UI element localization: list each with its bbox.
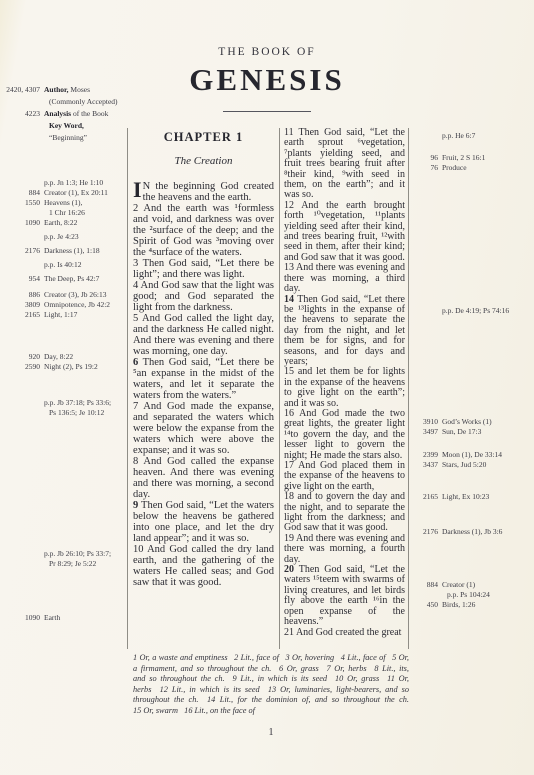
reference-number <box>412 306 442 316</box>
reference-row: 954 The Deep, Ps 42:7 <box>2 274 126 284</box>
reference-number: 2590 <box>2 362 44 372</box>
footnote-line: herbs 12 Lit., in which is its seed 13 O… <box>133 685 409 696</box>
reference-row: p.p. Jb 37:18; Ps 33:6; <box>2 398 126 408</box>
reference-text: Light, Ex 10:23 <box>442 492 489 502</box>
reference-number: 884 <box>412 580 442 590</box>
reference-row: 2420, 4307 Author, Moses <box>2 84 126 96</box>
verse: 5 And God called the light day, and the … <box>133 313 274 357</box>
reference-row: p.p. Je 4:23 <box>2 232 126 242</box>
verse-text: And the earth brought forth ¹⁰vegetation… <box>284 200 405 263</box>
verse-text: And God called the light day, and the da… <box>133 313 274 357</box>
reference-block: p.p. He 6:7 <box>412 131 534 141</box>
verse-text: And God saw that the light was good; and… <box>133 280 274 313</box>
reference-block: 920 Day, 8:22 2590 Night (2), Ps 19:2 <box>2 352 126 372</box>
reference-row: p.p. Jb 26:10; Ps 33:7; <box>2 549 126 559</box>
reference-row: 1 Chr 16:26 <box>2 208 126 218</box>
verse: 6 Then God said, “Let there be ⁵an expan… <box>133 357 274 401</box>
footnotes: 1 Or, a waste and emptiness 2 Lit., face… <box>133 653 409 717</box>
reference-number <box>2 178 44 188</box>
reference-row: p.p. Jn 1:3; He 1:10 <box>2 178 126 188</box>
reference-text: Creator (1), Ex 20:11 <box>44 188 108 198</box>
reference-block: p.p. Jn 1:3; He 1:10 884 Creator (1), Ex… <box>2 178 126 228</box>
verse: 19 And there was evening and there was m… <box>284 534 405 565</box>
reference-number <box>2 96 44 108</box>
reference-number: 2420, 4307 <box>2 84 44 96</box>
reference-number: 1090 <box>2 218 44 228</box>
reference-number <box>2 232 44 242</box>
reference-number: 884 <box>2 188 44 198</box>
verse-text: Then God said, “Let the earth sprout ⁶ve… <box>284 127 405 200</box>
verse: 12 And the earth brought forth ¹⁰vegetat… <box>284 201 405 263</box>
reference-text: Earth <box>44 613 60 623</box>
scanned-bible-page: THE BOOK OF GENESIS 2420, 4307 Author, M… <box>0 0 534 775</box>
reference-row: (Commonly Accepted) <box>2 96 126 108</box>
reference-row: 2399 Moon (1), De 33:14 <box>412 450 534 460</box>
reference-block: p.p. Jb 37:18; Ps 33:6; Ps 136:5; Je 10:… <box>2 398 126 418</box>
reference-text: Moon (1), De 33:14 <box>442 450 502 460</box>
reference-number: 886 <box>2 290 44 300</box>
reference-row: 1550 Heavens (1), <box>2 198 126 208</box>
reference-text: Creator (3), Jb 26:13 <box>44 290 107 300</box>
verse: 2 And the earth was ¹formless and void, … <box>133 203 274 258</box>
reference-text: (Commonly Accepted) <box>44 96 118 108</box>
verse-text: Then God said, “Let the waters ¹⁵teem wi… <box>284 564 405 627</box>
verse-text: And God called the dry land earth, and t… <box>133 544 274 588</box>
reference-block: 954 The Deep, Ps 42:7 <box>2 274 126 284</box>
verse-text: Then God said, “Let there be ¹³lights in… <box>284 294 405 367</box>
verse: 7 And God made the expanse, and separate… <box>133 401 274 456</box>
reference-row: p.p. De 4:19; Ps 74:16 <box>412 306 534 316</box>
verse-text: Then God said, “Let the waters below the… <box>133 500 274 544</box>
reference-row: 884 Creator (1), Ex 20:11 <box>2 188 126 198</box>
verse: 21 And God created the great <box>284 628 405 638</box>
reference-row: 3497 Sun, De 17:3 <box>412 427 534 437</box>
reference-number: 3809 <box>2 300 44 310</box>
verse-text: And God made the expanse, and separated … <box>133 401 274 456</box>
reference-text: Produce <box>442 163 467 173</box>
reference-number <box>2 208 44 218</box>
reference-number <box>412 590 442 600</box>
footnote-line: a firmament, and so throughout the ch. 6… <box>133 664 409 675</box>
footnote-line: 15 Or, swarm 16 Lit., on the face of <box>133 706 409 717</box>
reference-number: 3497 <box>412 427 442 437</box>
reference-text: 1 Chr 16:26 <box>44 208 85 218</box>
reference-block: p.p. De 4:19; Ps 74:16 <box>412 306 534 316</box>
reference-text: Day, 8:22 <box>44 352 73 362</box>
reference-row: 2165 Light, 1:17 <box>2 310 126 320</box>
column-rule-right <box>408 128 409 649</box>
reference-row: 2165 Light, Ex 10:23 <box>412 492 534 502</box>
verse-number: 20 <box>284 564 294 575</box>
reference-text: God’s Works (1) <box>442 417 492 427</box>
reference-number: 2176 <box>2 246 44 256</box>
reference-row: Key Word, <box>2 120 126 132</box>
verse: 10 And God called the dry land earth, an… <box>133 544 274 588</box>
reference-text: p.p. Jn 1:3; He 1:10 <box>44 178 103 188</box>
column-rule-left <box>127 128 128 649</box>
reference-text: Fruit, 2 S 16:1 <box>442 153 485 163</box>
reference-number <box>2 260 44 270</box>
reference-number: 1090 <box>2 613 44 623</box>
reference-row: 450 Birds, 1:26 <box>412 600 534 610</box>
verse-text: And God called the expanse heaven. And t… <box>133 456 274 500</box>
reference-number: 954 <box>2 274 44 284</box>
footnote-line: and so throughout the ch. 9 Lit., in whi… <box>133 674 409 685</box>
reference-row: 2176 Darkness (1), Jb 3:6 <box>412 527 534 537</box>
reference-number <box>2 132 44 144</box>
text-column-1: CHAPTER 1 The Creation IN the beginning … <box>133 128 274 588</box>
reference-row: p.p. Is 40:12 <box>2 260 126 270</box>
reference-number <box>2 559 44 569</box>
reference-text: “Beginning” <box>44 132 87 144</box>
verse-text: Then God said, “Let there be ⁵an expanse… <box>133 357 274 401</box>
reference-text: Sun, De 17:3 <box>442 427 481 437</box>
verse-text: And God placed them in the expanse of th… <box>284 460 405 492</box>
reference-row: “Beginning” <box>2 132 126 144</box>
reference-row: 2590 Night (2), Ps 19:2 <box>2 362 126 372</box>
reference-text: Light, 1:17 <box>44 310 77 320</box>
left-margin-references: 2420, 4307 Author, Moses (Commonly Accep… <box>2 0 126 660</box>
reference-text: p.p. De 4:19; Ps 74:16 <box>442 306 509 316</box>
column-rule-center <box>279 128 280 649</box>
reference-row: p.p. Ps 104:24 <box>412 590 534 600</box>
verse-number: 14 <box>284 294 294 305</box>
verse-number: 17 <box>284 460 294 471</box>
reference-number: 2165 <box>2 310 44 320</box>
verse: 14 Then God said, “Let there be ¹³lights… <box>284 295 405 368</box>
reference-text: Earth, 8:22 <box>44 218 77 228</box>
verse-text: And there was evening and there was morn… <box>284 262 405 294</box>
reference-block: p.p. Je 4:23 <box>2 232 126 242</box>
verse: 9 Then God said, “Let the waters below t… <box>133 500 274 544</box>
verse: IN the beginning God created the heavens… <box>133 181 274 203</box>
chapter-heading: CHAPTER 1 <box>133 132 274 143</box>
page-number: 1 <box>133 727 409 738</box>
reference-text: p.p. Je 4:23 <box>44 232 79 242</box>
verse: 16 And God made the two great lights, th… <box>284 409 405 461</box>
verses-col2: 11 Then God said, “Let the earth sprout … <box>284 128 405 638</box>
reference-number: 2165 <box>412 492 442 502</box>
reference-row: 2176 Darkness (1), 1:18 <box>2 246 126 256</box>
footnote-line: 1 Or, a waste and emptiness 2 Lit., face… <box>133 653 409 664</box>
reference-text: Darkness (1), 1:18 <box>44 246 100 256</box>
reference-block: 884 Creator (1) p.p. Ps 104:24 450 Birds… <box>412 580 534 610</box>
reference-text: Author, Moses <box>44 84 90 96</box>
reference-text: p.p. Jb 37:18; Ps 33:6; <box>44 398 111 408</box>
reference-row: p.p. He 6:7 <box>412 131 534 141</box>
reference-number: 96 <box>412 153 442 163</box>
reference-row: 920 Day, 8:22 <box>2 352 126 362</box>
reference-block: 886 Creator (3), Jb 26:13 3809 Omnipoten… <box>2 290 126 320</box>
reference-text: Key Word, <box>44 120 84 132</box>
verse-text: And God created the great <box>294 627 401 638</box>
verse: 11 Then God said, “Let the earth sprout … <box>284 128 405 201</box>
reference-row: 3809 Omnipotence, Jb 42:2 <box>2 300 126 310</box>
reference-text: p.p. Ps 104:24 <box>442 590 490 600</box>
footnote-line: throughout the ch. 14 Lit., for the domi… <box>133 695 409 706</box>
verses-col1: 2 And the earth was ¹formless and void, … <box>133 203 274 588</box>
reference-text: p.p. Is 40:12 <box>44 260 82 270</box>
reference-number: 3437 <box>412 460 442 470</box>
reference-text: p.p. Jb 26:10; Ps 33:7; <box>44 549 111 559</box>
right-margin-references: p.p. He 6:7 96 Fruit, 2 S 16:1 76 Produc… <box>412 0 534 660</box>
verse-text: the beginning God created the heavens an… <box>143 181 274 203</box>
reference-block: 2165 Light, Ex 10:23 <box>412 492 534 502</box>
reference-text: Pr 8:29; Je 5:22 <box>44 559 96 569</box>
verse-text: and let them be for lights in the expans… <box>284 366 405 408</box>
reference-row: Ps 136:5; Je 10:12 <box>2 408 126 418</box>
reference-number <box>2 549 44 559</box>
text-column-2: 11 Then God said, “Let the earth sprout … <box>284 128 405 638</box>
reference-row: 96 Fruit, 2 S 16:1 <box>412 153 534 163</box>
verse: 17 And God placed them in the expanse of… <box>284 461 405 492</box>
reference-row: 1090 Earth <box>2 613 126 623</box>
verse-number: 15 <box>284 366 294 377</box>
reference-text: p.p. He 6:7 <box>442 131 475 141</box>
reference-number: 2399 <box>412 450 442 460</box>
verse-number: 19 <box>284 533 294 544</box>
reference-block: 2399 Moon (1), De 33:14 3437 Stars, Jud … <box>412 450 534 470</box>
reference-row: 3437 Stars, Jud 5:20 <box>412 460 534 470</box>
reference-text: Omnipotence, Jb 42:2 <box>44 300 110 310</box>
verse-text: Then God said, “Let there be light”; and… <box>133 258 274 280</box>
reference-text: Ps 136:5; Je 10:12 <box>44 408 104 418</box>
reference-block: 1090 Earth <box>2 613 126 623</box>
verse-text: and to govern the day and the night, and… <box>284 491 405 533</box>
section-heading: The Creation <box>133 156 274 167</box>
verse-text: And there was evening and there was morn… <box>284 533 405 565</box>
verse-number: 21 <box>284 627 294 638</box>
reference-text: The Deep, Ps 42:7 <box>44 274 99 284</box>
reference-block: p.p. Is 40:12 <box>2 260 126 270</box>
title-divider <box>223 111 311 112</box>
verse: 18 and to govern the day and the night, … <box>284 492 405 534</box>
verse-number: 10 <box>133 544 144 555</box>
reference-block: 3910 God’s Works (1) 3497 Sun, De 17:3 <box>412 417 534 437</box>
verse-number: 16 <box>284 408 294 419</box>
reference-block: 2176 Darkness (1), 1:18 <box>2 246 126 256</box>
reference-row: 76 Produce <box>412 163 534 173</box>
reference-number: 920 <box>2 352 44 362</box>
reference-number: 3910 <box>412 417 442 427</box>
reference-number: 4223 <box>2 108 44 120</box>
verse-number: 13 <box>284 262 294 273</box>
reference-row: 884 Creator (1) <box>412 580 534 590</box>
reference-text: Night (2), Ps 19:2 <box>44 362 98 372</box>
reference-number <box>2 408 44 418</box>
reference-text: Creator (1) <box>442 580 475 590</box>
drop-cap: I <box>133 181 143 198</box>
reference-block: 96 Fruit, 2 S 16:1 76 Produce <box>412 153 534 173</box>
verse-number: 11 <box>284 127 294 138</box>
verse: 20 Then God said, “Let the waters ¹⁵teem… <box>284 565 405 627</box>
verse-text: And God made the two great lights, the g… <box>284 408 405 461</box>
verse: 15 and let them be for lights in the exp… <box>284 367 405 409</box>
reference-row: 4223 Analysis of the Book <box>2 108 126 120</box>
reference-number: 76 <box>412 163 442 173</box>
reference-number: 450 <box>412 600 442 610</box>
verse-number: 12 <box>284 200 294 211</box>
reference-text: Stars, Jud 5:20 <box>442 460 486 470</box>
reference-number <box>412 131 442 141</box>
verse-text: And the earth was ¹formless and void, an… <box>133 203 274 258</box>
reference-number <box>2 120 44 132</box>
reference-number <box>2 398 44 408</box>
verse: 4 And God saw that the light was good; a… <box>133 280 274 313</box>
reference-text: Birds, 1:26 <box>442 600 475 610</box>
verse: 3 Then God said, “Let there be light”; a… <box>133 258 274 280</box>
verse: 13 And there was evening and there was m… <box>284 263 405 294</box>
reference-number: 2176 <box>412 527 442 537</box>
reference-block: p.p. Jb 26:10; Ps 33:7; Pr 8:29; Je 5:22 <box>2 549 126 569</box>
reference-number: 1550 <box>2 198 44 208</box>
author-analysis-block: 2420, 4307 Author, Moses (Commonly Accep… <box>2 84 126 144</box>
reference-row: 886 Creator (3), Jb 26:13 <box>2 290 126 300</box>
reference-row: Pr 8:29; Je 5:22 <box>2 559 126 569</box>
reference-block: 2176 Darkness (1), Jb 3:6 <box>412 527 534 537</box>
reference-row: 1090 Earth, 8:22 <box>2 218 126 228</box>
verse: 8 And God called the expanse heaven. And… <box>133 456 274 500</box>
reference-text: Analysis of the Book <box>44 108 108 120</box>
reference-text: Darkness (1), Jb 3:6 <box>442 527 502 537</box>
reference-text: Heavens (1), <box>44 198 82 208</box>
reference-row: 3910 God’s Works (1) <box>412 417 534 427</box>
verse-number: 18 <box>284 491 294 502</box>
